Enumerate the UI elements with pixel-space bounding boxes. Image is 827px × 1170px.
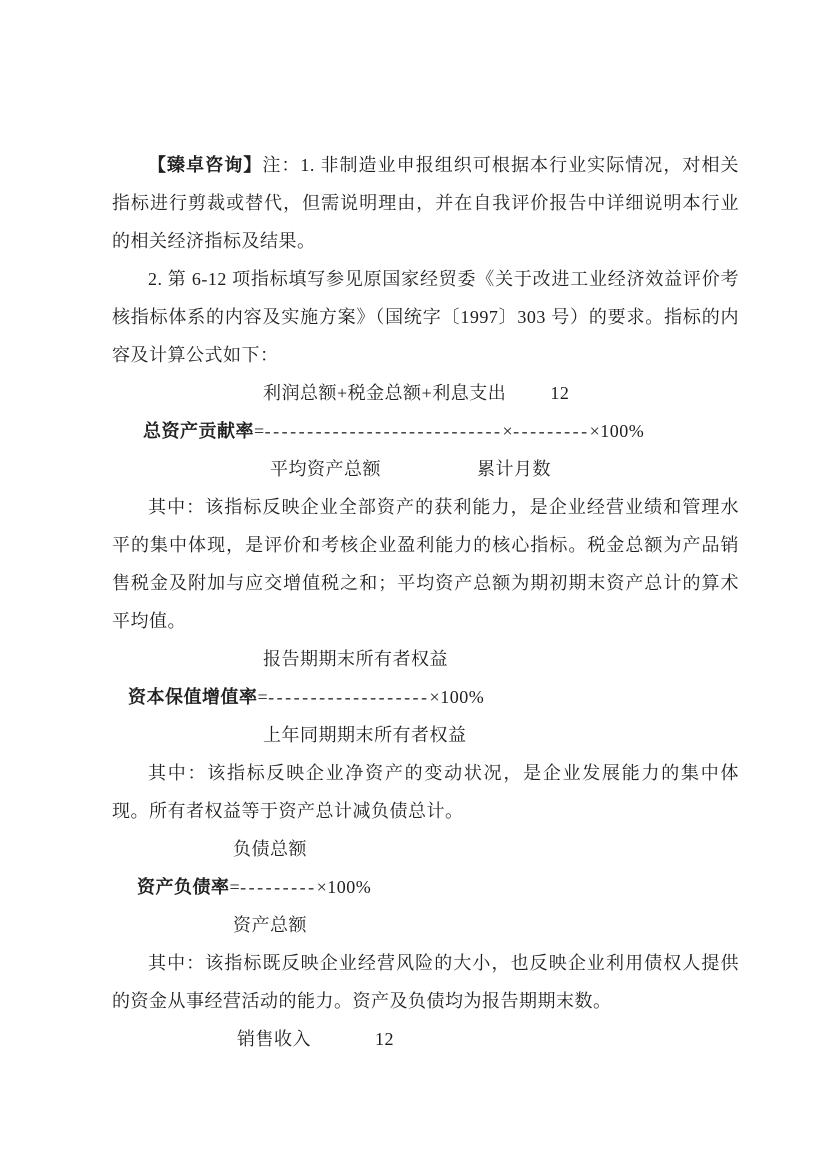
formula3-note-paragraph: 其中：该指标既反映企业经营风险的大小，也反映企业利用债权人提供的资金从事经营活动… [112,944,739,1020]
fraction-numerator: 报告期期末所有者权益 [263,640,739,678]
formula-label: 资产负债率 [137,877,230,897]
formula2-note-paragraph: 其中：该指标反映企业净资产的变动状况，是企业发展能力的集中体现。所有者权益等于资… [112,754,739,830]
formula1-note-paragraph: 其中：该指标反映企业全部资产的获利能力，是企业经营业绩和管理水平的集中体现，是评… [112,488,739,640]
fraction-bar-secondary: --------- [513,421,589,441]
equals-sign: = [258,687,269,707]
fraction-denominator: 平均资产总额累计月数 [270,450,739,488]
formula-asset-liability: 负债总额 资产负债率=---------×100% 资产总额 [112,830,739,944]
next-formula-numerator: 销售收入12 [237,1020,739,1058]
formula-main-line: 总资产贡献率=----------------------------×----… [143,412,739,450]
brand-label: 【臻卓咨询】 [148,155,262,175]
formula-main-line: 资本保值增值率=-------------------×100% [128,678,739,716]
denominator-text: 平均资产总额 [270,459,381,479]
note-paragraph: 【臻卓咨询】注：1. 非制造业申报组织可根据本行业实际情况，对相关指标进行剪裁或… [112,146,739,260]
equals-sign: = [230,877,241,897]
document-page: 【臻卓咨询】注：1. 非制造业申报组织可根据本行业实际情况，对相关指标进行剪裁或… [0,0,827,1170]
numerator-constant: 12 [375,1029,394,1049]
times-100-percent: ×100% [317,877,372,897]
numerator-text: 利润总额+税金总额+利息支出 [263,383,506,403]
fraction-bar: ---------------------------- [265,421,503,441]
formula-main-line: 资产负债率=---------×100% [137,868,739,906]
numerator-constant: 12 [550,383,569,403]
fraction-bar: --------- [240,877,316,897]
item2-paragraph: 2. 第 6-12 项指标填写参见原国家经贸委《关于改进工业经济效益评价考核指标… [112,260,739,374]
times-100-percent: ×100% [590,421,645,441]
formula-label: 资本保值增值率 [128,687,258,707]
numerator-text: 销售收入 [237,1029,311,1049]
fraction-bar: ------------------- [268,687,429,707]
fraction-denominator: 上年同期期末所有者权益 [263,716,739,754]
denominator-text-secondary: 累计月数 [477,459,551,479]
times-100-percent: ×100% [430,687,485,707]
formula-label: 总资产贡献率 [143,421,254,441]
formula-capital-preservation: 报告期期末所有者权益 资本保值增值率=-------------------×1… [112,640,739,754]
fraction-numerator: 利润总额+税金总额+利息支出12 [263,374,739,412]
formula-total-asset-contribution: 利润总额+税金总额+利息支出12 总资产贡献率=----------------… [112,374,739,488]
fraction-numerator: 负债总额 [233,830,739,868]
equals-sign: = [254,421,265,441]
multiply-sign: × [503,421,514,441]
fraction-denominator: 资产总额 [233,906,739,944]
